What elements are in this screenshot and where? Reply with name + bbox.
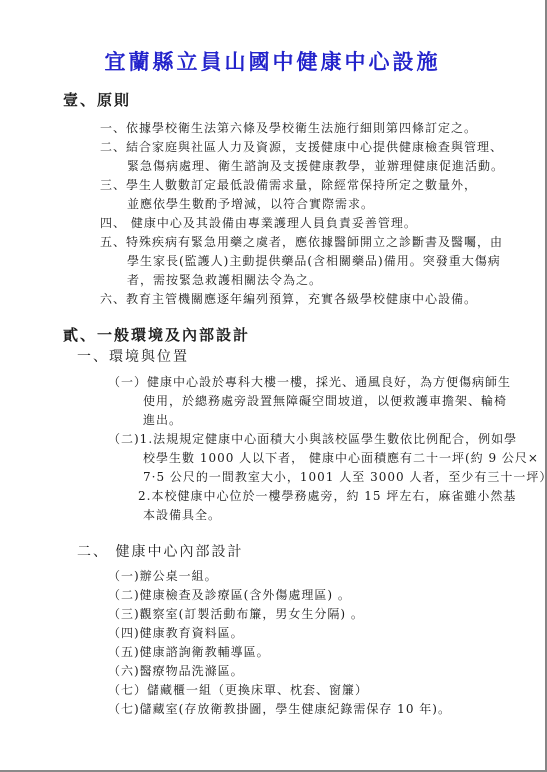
section-heading-2: 貳、一般環境及內部設計 bbox=[63, 325, 545, 345]
interior-design-list: （一)辦公桌一組。 （二)健康檢查及診療區(含外傷處理區) 。 （三)觀察室(訂… bbox=[0, 567, 545, 719]
document-page: 宜蘭縣立員山國中健康中心設施 壹、原則 一、依據學校衛生法第六條及學校衛生法施行… bbox=[0, 0, 547, 772]
text-line: （二)1.法規規定健康中心面積大小與該校區學生數依比例配合，例如學 bbox=[108, 430, 545, 449]
text-line: 本設備具全。 bbox=[143, 506, 545, 525]
text-line: 二、結合家庭與社區人力及資源，支援健康中心提供健康檢查與管理、 bbox=[100, 138, 545, 157]
text-line: 學生家長(監護人)主動提供藥品(含相關藥品)備用。突發重大傷病 bbox=[127, 252, 545, 271]
text-line: 六、教育主管機關應逐年編列預算，充實各級學校健康中心設備。 bbox=[100, 290, 545, 309]
text-line: （一)辦公桌一組。 bbox=[108, 567, 545, 586]
text-line: 五、特殊疾病有緊急用藥之虞者，應依據醫師開立之診斷書及醫囑，由 bbox=[100, 233, 545, 252]
subsection-heading-environment: 一、環境與位置 bbox=[77, 348, 545, 367]
text-line: 三、學生人數數訂定最低設備需求量，除經常保持所定之數量外， bbox=[100, 176, 545, 195]
text-line: （五)健康諮詢衛教輔導區。 bbox=[108, 643, 545, 662]
text-line: （四)健康教育資料區。 bbox=[108, 624, 545, 643]
environment-list: （一）健康中心設於專科大樓一樓，採光、通風良好，為方便傷病師生 使用，於總務處旁… bbox=[0, 373, 545, 525]
section-heading-1: 壹、原則 bbox=[63, 90, 545, 110]
text-line: 進出。 bbox=[143, 411, 545, 430]
text-line: （七）儲藏櫃一組（更換床單、枕套、窗簾） bbox=[108, 681, 545, 700]
text-line: （一）健康中心設於專科大樓一樓，採光、通風良好，為方便傷病師生 bbox=[108, 373, 545, 392]
text-line: 一、依據學校衛生法第六條及學校衛生法施行細則第四條訂定之。 bbox=[100, 119, 545, 138]
text-line: 者，需按緊急救護相關法令為之。 bbox=[127, 271, 545, 290]
principles-list: 一、依據學校衛生法第六條及學校衛生法施行細則第四條訂定之。 二、結合家庭與社區人… bbox=[0, 119, 545, 309]
text-line: 緊急傷病處理、衛生諮詢及支援健康教學，並辦理健康促進活動。 bbox=[127, 157, 545, 176]
document-title: 宜蘭縣立員山國中健康中心設施 bbox=[0, 0, 545, 76]
text-line: （三)觀察室(訂製活動布簾，男女生分隔) 。 bbox=[108, 605, 545, 624]
text-line: （二)健康檢查及診療區(含外傷處理區) 。 bbox=[108, 586, 545, 605]
text-line: 使用，於總務處旁設置無障礙空間坡道，以便救護車擔架、輪椅 bbox=[143, 392, 545, 411]
text-line: 7·5 公尺的一間教室大小，1001 人至 3000 人者，至少有三十一坪） bbox=[143, 468, 545, 487]
text-line: 四、 健康中心及其設備由專業護理人員負責妥善管理。 bbox=[100, 214, 545, 233]
text-line: 並應依學生數酌予增減，以符合實際需求。 bbox=[127, 195, 545, 214]
text-line: （六)醫療物品洗滌區。 bbox=[108, 662, 545, 681]
text-line: 2.本校健康中心位於一樓學務處旁，約 15 坪左右，麻雀雖小然基 bbox=[138, 487, 545, 506]
subsection-heading-interior-design: 二、 健康中心內部設計 bbox=[77, 543, 545, 562]
text-line: 校學生數 1000 人以下者， 健康中心面積應有二十一坪(約 9 公尺× bbox=[143, 449, 545, 468]
text-line: （七)儲藏室(存放衛教掛圖，學生健康紀錄需保存 10 年)。 bbox=[108, 700, 545, 719]
